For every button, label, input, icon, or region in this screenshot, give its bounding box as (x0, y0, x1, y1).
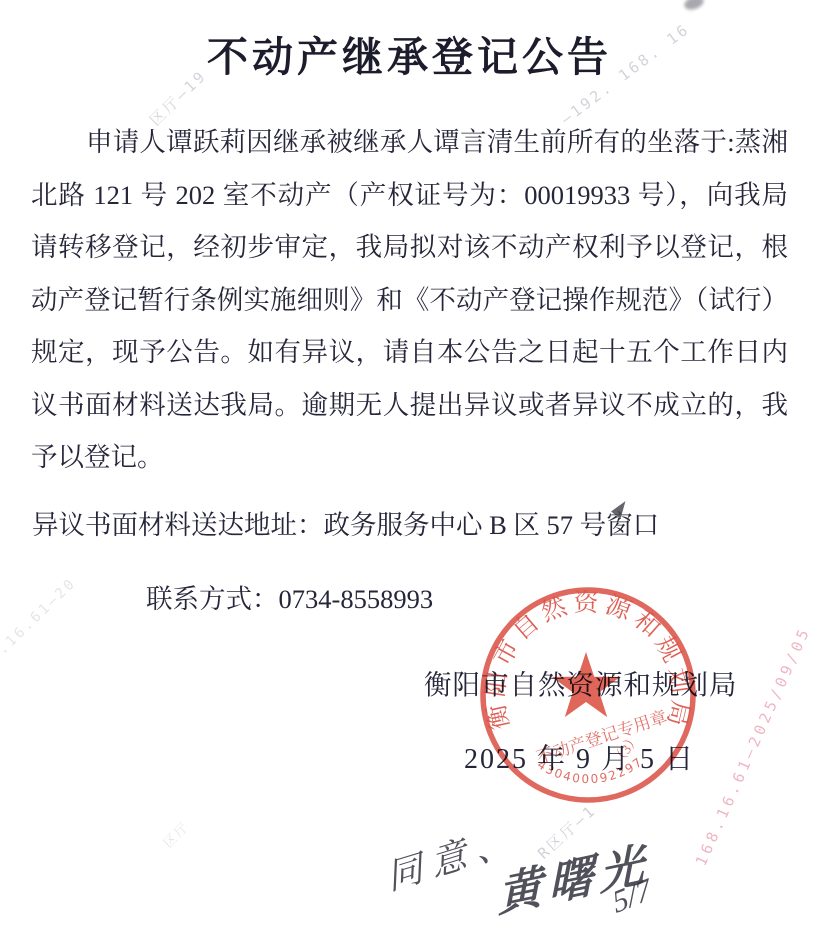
seal-ring-text: 衡阳市自然资源和规划局 (481, 589, 695, 733)
scanner-watermark: 区厅 (158, 817, 193, 852)
scan-smudge (683, 0, 706, 12)
body-line: 动产登记暂行条例实施细则》和《不动产登记操作规范》（试行）的 (31, 274, 788, 327)
body-line: 北路 121 号 202 室不动产（产权证号为：00019933 号），向我局申 (31, 169, 788, 222)
body-line: 请转移登记，经初步审定，我局拟对该不动产权利予以登记，根据《不 (31, 221, 788, 274)
objection-address-line: 异议书面材料送达地址：政务服务中心 B 区 57 号窗口 (32, 503, 659, 542)
body-line: 议书面材料送达我局。逾期无人提出异议或者异议不成立的，我局将 (31, 379, 788, 432)
scanner-watermark: 8.16.61—20 (0, 575, 80, 666)
scanned-document-page: 区厅—19 —192. 168. 16 8.16.61—20 168.16.61… (0, 0, 819, 941)
scanner-watermark: 168.16.61—2025/09/05 (692, 623, 814, 868)
document-title: 不动产继承登记公告 (0, 24, 819, 83)
body-line: 予以登记。 (31, 431, 788, 484)
issuing-agency-name: 衡阳市自然资源和规划局 (424, 662, 738, 702)
body-line: 规定，现予公告。如有异议，请自本公告之日起十五个工作日内将异 (31, 326, 788, 379)
issue-date: 2025 年 9 月 5 日 (464, 737, 695, 777)
announcement-body: 申请人谭跃莉因继承被继承人谭言清生前所有的坐落于:蒸湘 北路 121 号 202… (31, 116, 788, 484)
svg-text:衡阳市自然资源和规划局: 衡阳市自然资源和规划局 (481, 589, 695, 733)
body-line: 申请人谭跃莉因继承被继承人谭言清生前所有的坐落于:蒸湘 (31, 116, 788, 169)
contact-phone-line: 联系方式：0734-8558993 (146, 577, 433, 616)
